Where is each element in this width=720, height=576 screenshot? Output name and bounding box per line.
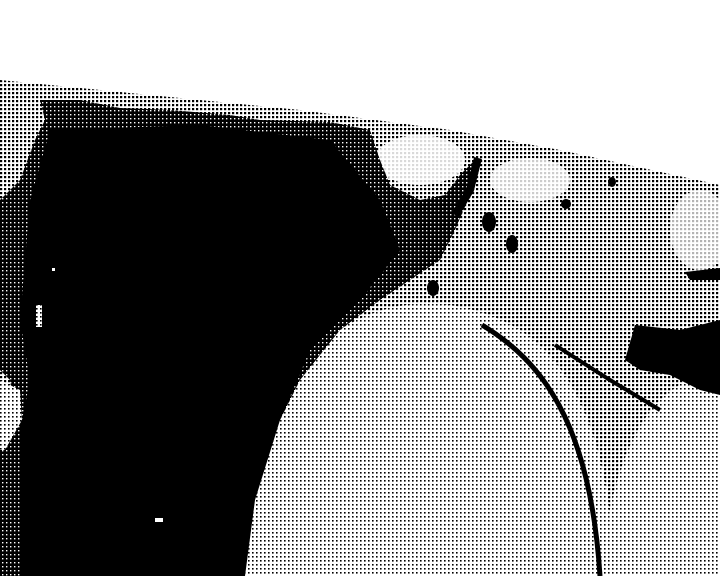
dark-spot (506, 235, 518, 253)
dark-spot (608, 177, 616, 187)
halftone-photo (0, 0, 720, 576)
highlight-blob (375, 135, 465, 185)
dark-spot (561, 199, 571, 209)
dark-spot (427, 280, 439, 296)
speckle (155, 518, 163, 522)
speckle (52, 268, 55, 271)
dark-spot (482, 212, 496, 232)
highlight-blob (490, 158, 570, 202)
speckle (36, 305, 42, 327)
